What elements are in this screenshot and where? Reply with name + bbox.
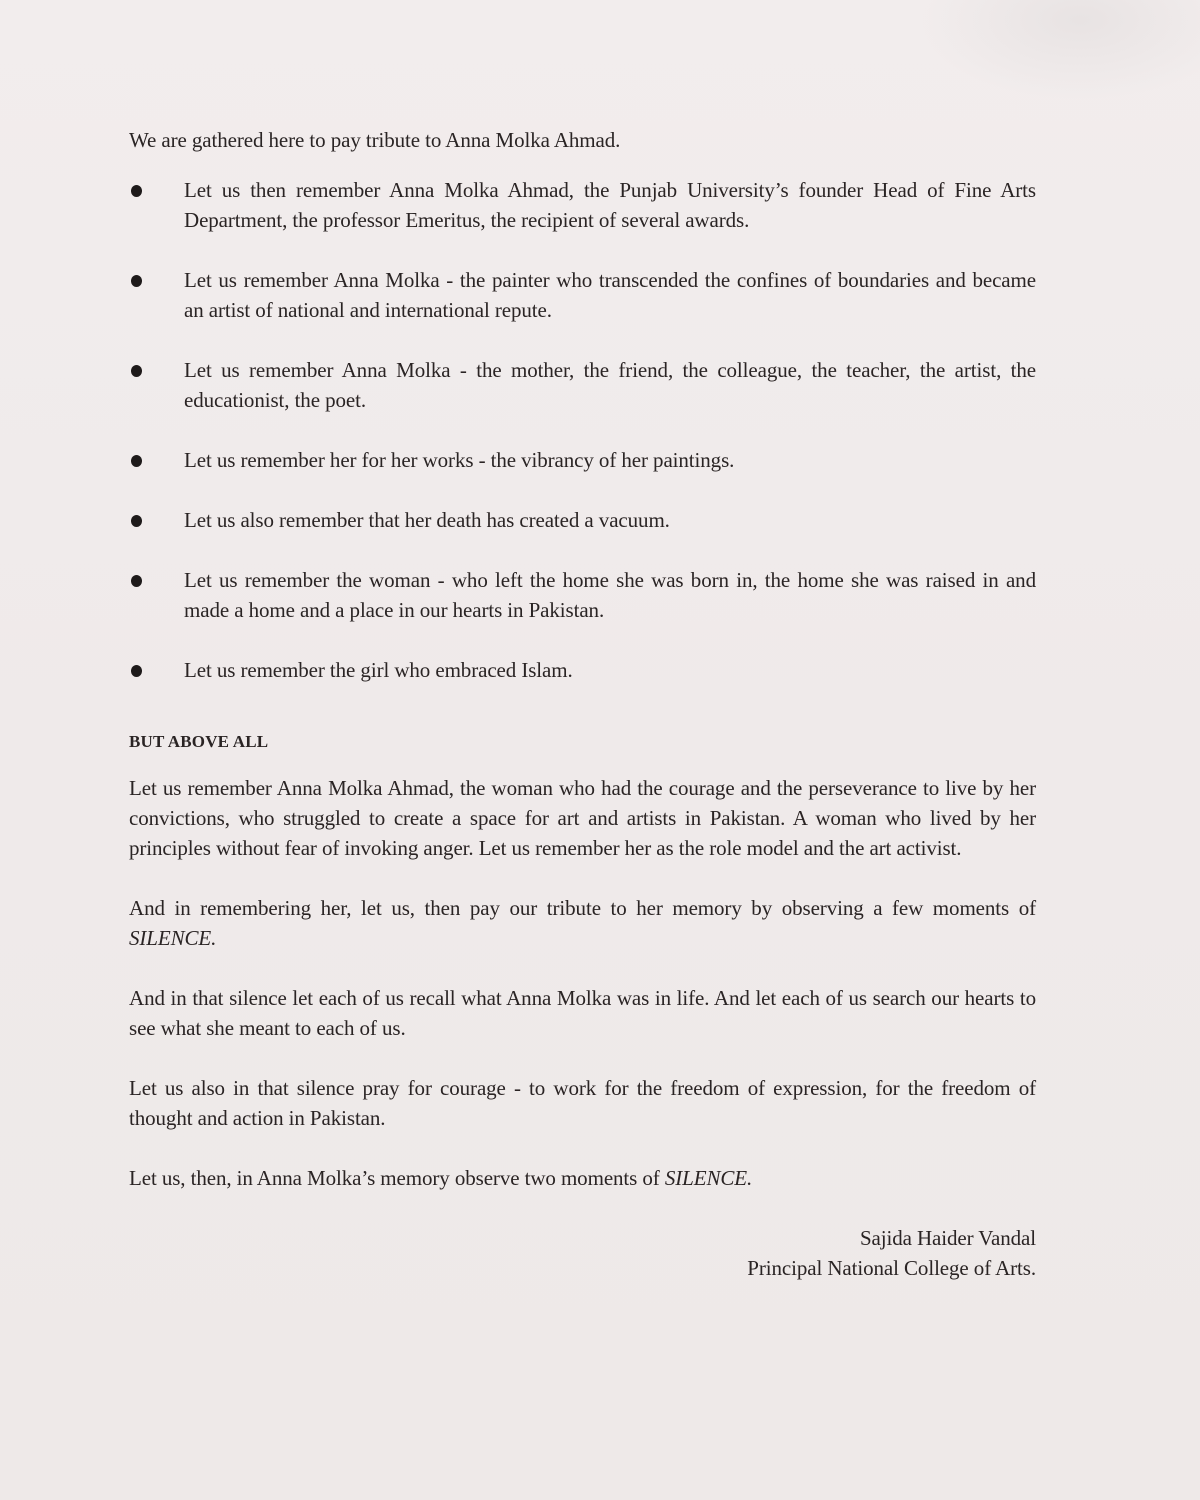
remembrance-list: Let us then remember Anna Molka Ahmad, t… <box>129 175 1036 685</box>
tribute-text: We are gathered here to pay tribute to A… <box>129 125 1036 1283</box>
bullet-icon <box>131 185 142 197</box>
list-item: Let us remember her for her works - the … <box>129 445 1036 475</box>
list-item-text: Let us then remember Anna Molka Ahmad, t… <box>184 178 1036 232</box>
list-item-text: Let us also remember that her death has … <box>184 508 670 532</box>
section-heading: BUT ABOVE ALL <box>129 727 1036 757</box>
intro-line: We are gathered here to pay tribute to A… <box>129 125 1036 155</box>
paragraph-role-model: Let us remember Anna Molka Ahmad, the wo… <box>129 773 1036 863</box>
list-item: Let us remember Anna Molka - the mother,… <box>129 355 1036 415</box>
scanned-page: We are gathered here to pay tribute to A… <box>0 0 1200 1500</box>
paper-shadow <box>920 0 1200 100</box>
paragraph-two-moments: Let us, then, in Anna Molka’s memory obs… <box>129 1163 1036 1193</box>
emphasis-silence: SILENCE. <box>665 1166 752 1190</box>
signature-block: Sajida Haider Vandal Principal National … <box>129 1223 1036 1283</box>
list-item: Let us then remember Anna Molka Ahmad, t… <box>129 175 1036 235</box>
list-item: Let us remember the woman - who left the… <box>129 565 1036 625</box>
list-item: Let us remember the girl who embraced Is… <box>129 655 1036 685</box>
bullet-icon <box>131 455 142 467</box>
bullet-icon <box>131 365 142 377</box>
list-item-text: Let us remember the woman - who left the… <box>184 568 1036 622</box>
paragraph-text: And in remembering her, let us, then pay… <box>129 896 1036 920</box>
list-item-text: Let us remember the girl who embraced Is… <box>184 658 573 682</box>
bullet-icon <box>131 515 142 527</box>
list-item-text: Let us remember her for her works - the … <box>184 448 734 472</box>
bullet-icon <box>131 275 142 287</box>
list-item: Let us remember Anna Molka - the painter… <box>129 265 1036 325</box>
paragraph-text: Let us, then, in Anna Molka’s memory obs… <box>129 1166 665 1190</box>
paragraph-observe-silence: And in remembering her, let us, then pay… <box>129 893 1036 953</box>
paragraph-recall: And in that silence let each of us recal… <box>129 983 1036 1043</box>
list-item: Let us also remember that her death has … <box>129 505 1036 535</box>
signatory-title: Principal National College of Arts. <box>129 1253 1036 1283</box>
bullet-icon <box>131 665 142 677</box>
list-item-text: Let us remember Anna Molka - the mother,… <box>184 358 1036 412</box>
paragraph-pray: Let us also in that silence pray for cou… <box>129 1073 1036 1133</box>
list-item-text: Let us remember Anna Molka - the painter… <box>184 268 1036 322</box>
bullet-icon <box>131 575 142 587</box>
emphasis-silence: SILENCE. <box>129 926 216 950</box>
signatory-name: Sajida Haider Vandal <box>129 1223 1036 1253</box>
